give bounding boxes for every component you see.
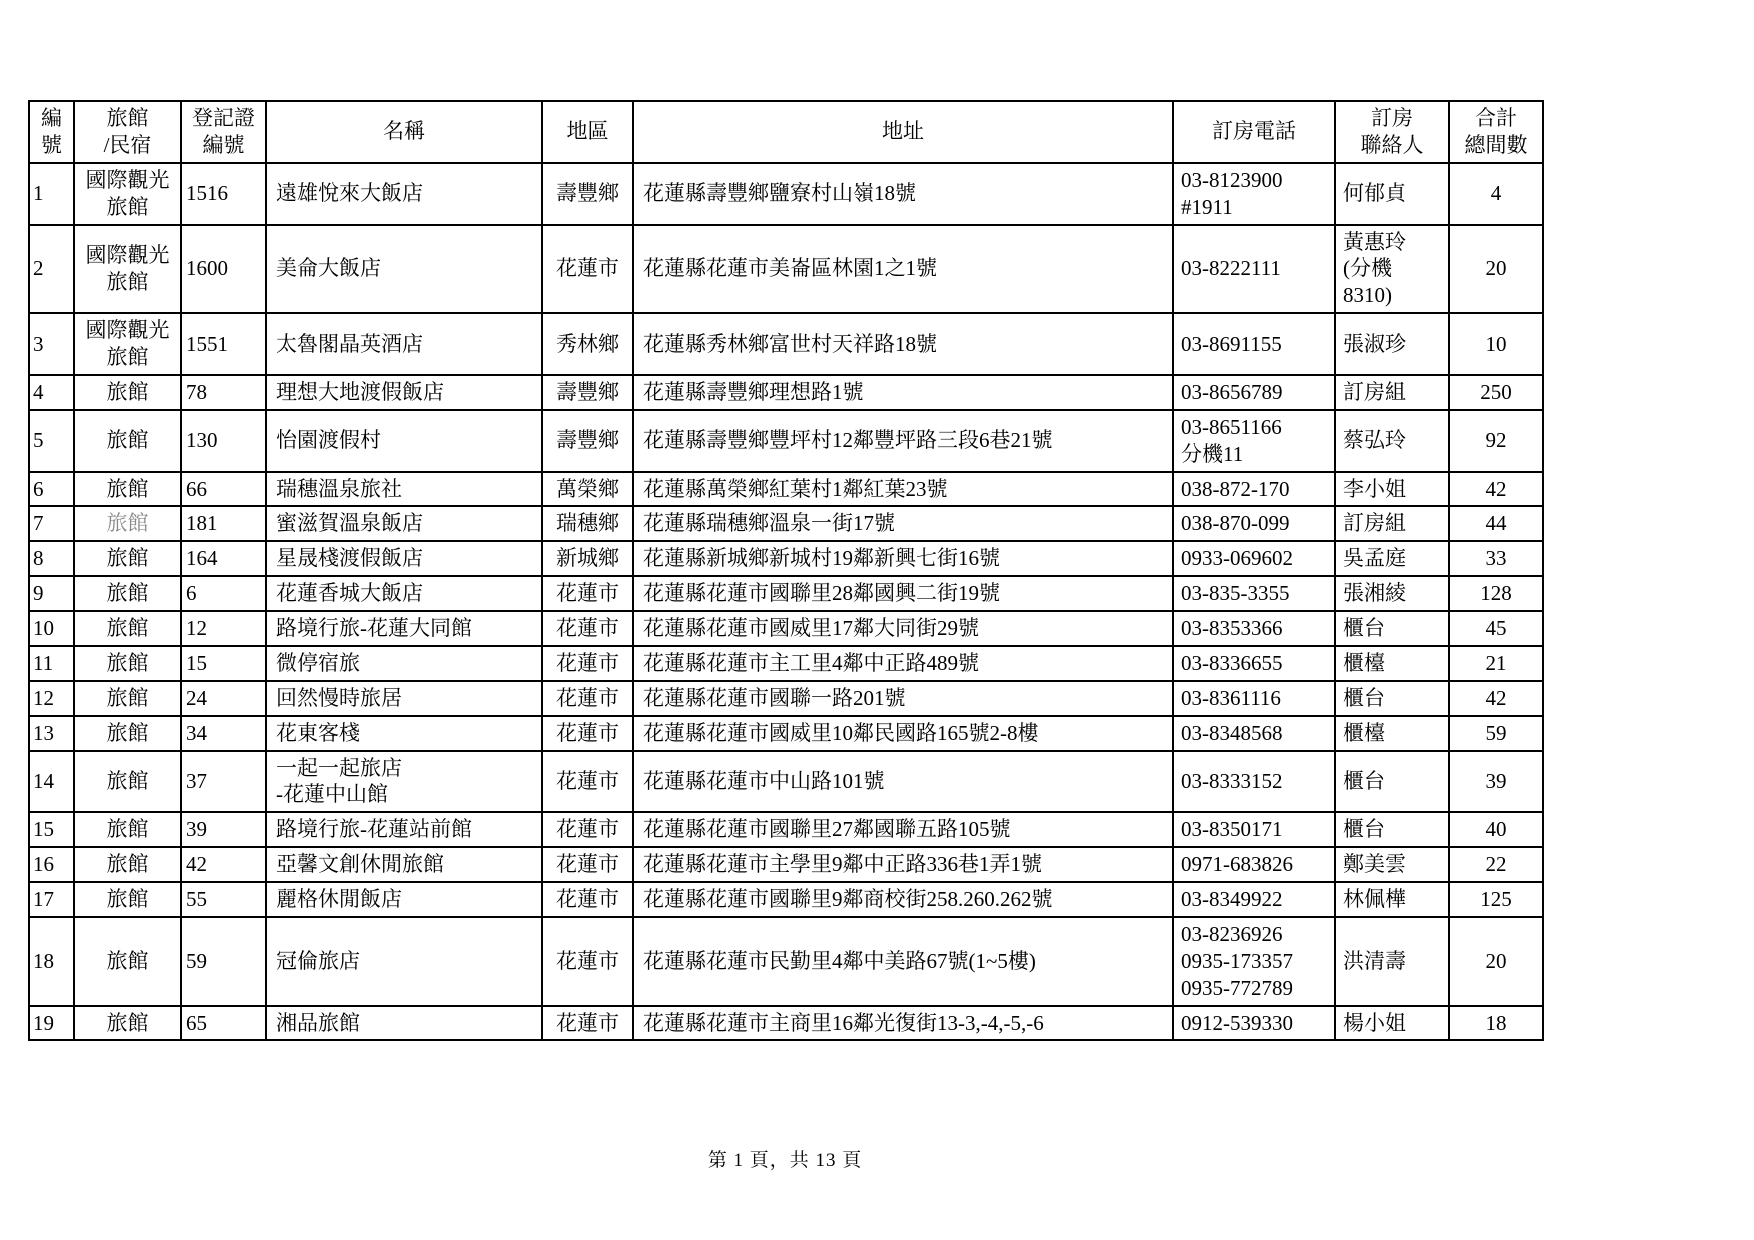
cell-contact: 訂房組	[1335, 506, 1449, 541]
cell-contact: 櫃檯	[1335, 716, 1449, 751]
cell-phone: 03-8656789	[1173, 375, 1335, 410]
cell-name: 微停宿旅	[266, 646, 542, 681]
table-row: 7旅館181蜜滋賀溫泉飯店瑞穗鄉花蓮縣瑞穗鄉溫泉一街17號038-870-099…	[29, 506, 1543, 541]
cell-type: 旅館	[74, 611, 181, 646]
table-row: 11旅館15微停宿旅花蓮市花蓮縣花蓮市主工里4鄰中正路489號03-833665…	[29, 646, 1543, 681]
table-row: 1國際觀光 旅館1516遠雄悅來大飯店壽豐鄉花蓮縣壽豐鄉鹽寮村山嶺18號03-8…	[29, 163, 1543, 225]
column-header-phone: 訂房電話	[1173, 101, 1335, 163]
cell-phone: 03-8222111	[1173, 225, 1335, 314]
cell-contact: 訂房組	[1335, 375, 1449, 410]
cell-type: 旅館	[74, 472, 181, 507]
cell-type: 旅館	[74, 541, 181, 576]
cell-rooms: 128	[1449, 576, 1543, 611]
cell-reg_no: 1551	[181, 313, 266, 375]
cell-no: 18	[29, 917, 74, 1006]
cell-district: 花蓮市	[542, 225, 633, 314]
cell-rooms: 42	[1449, 681, 1543, 716]
column-header-rooms: 合計 總間數	[1449, 101, 1543, 163]
cell-address: 花蓮縣秀林鄉富世村天祥路18號	[633, 313, 1173, 375]
cell-contact: 林佩樺	[1335, 882, 1449, 917]
hotel-table: 編號旅館 /民宿登記證 編號名稱地區地址訂房電話訂房 聯絡人合計 總間數 1國際…	[28, 100, 1544, 1041]
cell-address: 花蓮縣花蓮市美崙區林園1之1號	[633, 225, 1173, 314]
cell-reg_no: 130	[181, 410, 266, 472]
cell-district: 瑞穗鄉	[542, 506, 633, 541]
cell-rooms: 42	[1449, 472, 1543, 507]
column-header-address: 地址	[633, 101, 1173, 163]
cell-district: 花蓮市	[542, 646, 633, 681]
cell-rooms: 45	[1449, 611, 1543, 646]
cell-phone: 038-870-099	[1173, 506, 1335, 541]
cell-phone: 0912-539330	[1173, 1006, 1335, 1041]
column-header-district: 地區	[542, 101, 633, 163]
cell-contact: 洪清壽	[1335, 917, 1449, 1006]
cell-name: 花東客棧	[266, 716, 542, 751]
cell-phone: 0933-069602	[1173, 541, 1335, 576]
cell-phone: 03-8336655	[1173, 646, 1335, 681]
cell-contact: 櫃台	[1335, 812, 1449, 847]
cell-name: 麗格休閒飯店	[266, 882, 542, 917]
cell-district: 花蓮市	[542, 751, 633, 813]
cell-reg_no: 15	[181, 646, 266, 681]
cell-type: 旅館	[74, 882, 181, 917]
cell-address: 花蓮縣萬榮鄉紅葉村1鄰紅葉23號	[633, 472, 1173, 507]
cell-type: 旅館	[74, 917, 181, 1006]
cell-address: 花蓮縣瑞穗鄉溫泉一街17號	[633, 506, 1173, 541]
cell-rooms: 40	[1449, 812, 1543, 847]
cell-type: 旅館	[74, 410, 181, 472]
table-row: 3國際觀光 旅館1551太魯閣晶英酒店秀林鄉花蓮縣秀林鄉富世村天祥路18號03-…	[29, 313, 1543, 375]
column-header-no: 編號	[29, 101, 74, 163]
cell-address: 花蓮縣花蓮市國威里17鄰大同街29號	[633, 611, 1173, 646]
cell-reg_no: 1516	[181, 163, 266, 225]
cell-rooms: 59	[1449, 716, 1543, 751]
cell-contact: 黃惠玲 (分機 8310)	[1335, 225, 1449, 314]
cell-contact: 張淑珍	[1335, 313, 1449, 375]
cell-no: 3	[29, 313, 74, 375]
cell-phone: 03-8353366	[1173, 611, 1335, 646]
cell-address: 花蓮縣花蓮市國聯里9鄰商校街258.260.262號	[633, 882, 1173, 917]
cell-address: 花蓮縣壽豐鄉豐坪村12鄰豐坪路三段6巷21號	[633, 410, 1173, 472]
cell-phone: 03-8349922	[1173, 882, 1335, 917]
cell-reg_no: 1600	[181, 225, 266, 314]
cell-no: 16	[29, 847, 74, 882]
cell-district: 花蓮市	[542, 917, 633, 1006]
cell-rooms: 21	[1449, 646, 1543, 681]
cell-reg_no: 65	[181, 1006, 266, 1041]
cell-name: 一起一起旅店 -花蓮中山館	[266, 751, 542, 813]
cell-district: 秀林鄉	[542, 313, 633, 375]
cell-type: 旅館	[74, 812, 181, 847]
cell-phone: 03-8348568	[1173, 716, 1335, 751]
column-header-type: 旅館 /民宿	[74, 101, 181, 163]
cell-phone: 0971-683826	[1173, 847, 1335, 882]
cell-type: 旅館	[74, 681, 181, 716]
cell-address: 花蓮縣花蓮市中山路101號	[633, 751, 1173, 813]
cell-name: 怡園渡假村	[266, 410, 542, 472]
cell-reg_no: 24	[181, 681, 266, 716]
cell-no: 8	[29, 541, 74, 576]
cell-reg_no: 34	[181, 716, 266, 751]
cell-rooms: 10	[1449, 313, 1543, 375]
cell-no: 4	[29, 375, 74, 410]
cell-contact: 李小姐	[1335, 472, 1449, 507]
cell-reg_no: 37	[181, 751, 266, 813]
cell-address: 花蓮縣花蓮市主學里9鄰中正路336巷1弄1號	[633, 847, 1173, 882]
table-row: 8旅館164星晟棧渡假飯店新城鄉花蓮縣新城鄉新城村19鄰新興七街16號0933-…	[29, 541, 1543, 576]
cell-address: 花蓮縣花蓮市國聯里27鄰國聯五路105號	[633, 812, 1173, 847]
table-row: 17旅館55麗格休閒飯店花蓮市花蓮縣花蓮市國聯里9鄰商校街258.260.262…	[29, 882, 1543, 917]
cell-district: 壽豐鄉	[542, 410, 633, 472]
cell-no: 19	[29, 1006, 74, 1041]
cell-no: 17	[29, 882, 74, 917]
cell-address: 花蓮縣壽豐鄉理想路1號	[633, 375, 1173, 410]
cell-phone: 03-8361116	[1173, 681, 1335, 716]
cell-contact: 櫃台	[1335, 751, 1449, 813]
header-row: 編號旅館 /民宿登記證 編號名稱地區地址訂房電話訂房 聯絡人合計 總間數	[29, 101, 1543, 163]
cell-rooms: 250	[1449, 375, 1543, 410]
table-row: 6旅館66瑞穗溫泉旅社萬榮鄉花蓮縣萬榮鄉紅葉村1鄰紅葉23號038-872-17…	[29, 472, 1543, 507]
cell-address: 花蓮縣花蓮市國威里10鄰民國路165號2-8樓	[633, 716, 1173, 751]
cell-contact: 櫃台	[1335, 611, 1449, 646]
cell-name: 冠倫旅店	[266, 917, 542, 1006]
cell-no: 9	[29, 576, 74, 611]
cell-contact: 蔡弘玲	[1335, 410, 1449, 472]
cell-reg_no: 6	[181, 576, 266, 611]
cell-phone: 03-8350171	[1173, 812, 1335, 847]
cell-district: 花蓮市	[542, 681, 633, 716]
cell-district: 花蓮市	[542, 882, 633, 917]
cell-no: 15	[29, 812, 74, 847]
table-row: 18旅館59冠倫旅店花蓮市花蓮縣花蓮市民勤里4鄰中美路67號(1~5樓)03-8…	[29, 917, 1543, 1006]
cell-rooms: 44	[1449, 506, 1543, 541]
cell-no: 14	[29, 751, 74, 813]
cell-rooms: 22	[1449, 847, 1543, 882]
document-page: 編號旅館 /民宿登記證 編號名稱地區地址訂房電話訂房 聯絡人合計 總間數 1國際…	[0, 0, 1754, 1240]
cell-reg_no: 78	[181, 375, 266, 410]
cell-phone: 03-8333152	[1173, 751, 1335, 813]
cell-rooms: 18	[1449, 1006, 1543, 1041]
cell-district: 花蓮市	[542, 716, 633, 751]
column-header-name: 名稱	[266, 101, 542, 163]
cell-no: 11	[29, 646, 74, 681]
cell-reg_no: 42	[181, 847, 266, 882]
cell-type: 旅館	[74, 751, 181, 813]
cell-name: 路境行旅-花蓮站前館	[266, 812, 542, 847]
cell-type: 旅館	[74, 1006, 181, 1041]
table-row: 14旅館37一起一起旅店 -花蓮中山館花蓮市花蓮縣花蓮市中山路101號03-83…	[29, 751, 1543, 813]
cell-name: 太魯閣晶英酒店	[266, 313, 542, 375]
cell-no: 1	[29, 163, 74, 225]
cell-address: 花蓮縣花蓮市國聯一路201號	[633, 681, 1173, 716]
cell-reg_no: 66	[181, 472, 266, 507]
cell-district: 花蓮市	[542, 576, 633, 611]
cell-district: 壽豐鄉	[542, 375, 633, 410]
cell-name: 花蓮香城大飯店	[266, 576, 542, 611]
cell-phone: 03-835-3355	[1173, 576, 1335, 611]
cell-name: 湘品旅館	[266, 1006, 542, 1041]
cell-no: 10	[29, 611, 74, 646]
cell-address: 花蓮縣花蓮市主工里4鄰中正路489號	[633, 646, 1173, 681]
cell-type: 旅館	[74, 847, 181, 882]
table-row: 15旅館39路境行旅-花蓮站前館花蓮市花蓮縣花蓮市國聯里27鄰國聯五路105號0…	[29, 812, 1543, 847]
table-row: 9旅館6花蓮香城大飯店花蓮市花蓮縣花蓮市國聯里28鄰國興二街19號03-835-…	[29, 576, 1543, 611]
cell-contact: 吳孟庭	[1335, 541, 1449, 576]
cell-reg_no: 39	[181, 812, 266, 847]
cell-contact: 櫃檯	[1335, 646, 1449, 681]
cell-rooms: 33	[1449, 541, 1543, 576]
cell-type: 國際觀光 旅館	[74, 225, 181, 314]
cell-no: 12	[29, 681, 74, 716]
cell-address: 花蓮縣花蓮市民勤里4鄰中美路67號(1~5樓)	[633, 917, 1173, 1006]
table-row: 2國際觀光 旅館1600美侖大飯店花蓮市花蓮縣花蓮市美崙區林園1之1號03-82…	[29, 225, 1543, 314]
cell-type: 國際觀光 旅館	[74, 163, 181, 225]
cell-address: 花蓮縣花蓮市國聯里28鄰國興二街19號	[633, 576, 1173, 611]
cell-reg_no: 164	[181, 541, 266, 576]
cell-address: 花蓮縣花蓮市主商里16鄰光復街13-3,-4,-5,-6	[633, 1006, 1173, 1041]
cell-rooms: 125	[1449, 882, 1543, 917]
cell-type: 旅館	[74, 646, 181, 681]
cell-no: 2	[29, 225, 74, 314]
cell-rooms: 20	[1449, 917, 1543, 1006]
cell-reg_no: 12	[181, 611, 266, 646]
cell-rooms: 39	[1449, 751, 1543, 813]
table-body: 1國際觀光 旅館1516遠雄悅來大飯店壽豐鄉花蓮縣壽豐鄉鹽寮村山嶺18號03-8…	[29, 163, 1543, 1041]
cell-no: 6	[29, 472, 74, 507]
cell-name: 回然慢時旅居	[266, 681, 542, 716]
cell-type: 國際觀光 旅館	[74, 313, 181, 375]
cell-rooms: 4	[1449, 163, 1543, 225]
cell-district: 花蓮市	[542, 611, 633, 646]
cell-district: 花蓮市	[542, 812, 633, 847]
cell-name: 遠雄悅來大飯店	[266, 163, 542, 225]
table-row: 16旅館42亞馨文創休閒旅館花蓮市花蓮縣花蓮市主學里9鄰中正路336巷1弄1號0…	[29, 847, 1543, 882]
cell-reg_no: 59	[181, 917, 266, 1006]
cell-district: 花蓮市	[542, 1006, 633, 1041]
cell-contact: 張湘綾	[1335, 576, 1449, 611]
cell-phone: 03-8123900 #1911	[1173, 163, 1335, 225]
cell-reg_no: 55	[181, 882, 266, 917]
table-row: 19旅館65湘品旅館花蓮市花蓮縣花蓮市主商里16鄰光復街13-3,-4,-5,-…	[29, 1006, 1543, 1041]
cell-district: 新城鄉	[542, 541, 633, 576]
cell-type: 旅館	[74, 576, 181, 611]
cell-contact: 鄭美雲	[1335, 847, 1449, 882]
table-row: 5旅館130怡園渡假村壽豐鄉花蓮縣壽豐鄉豐坪村12鄰豐坪路三段6巷21號03-8…	[29, 410, 1543, 472]
cell-district: 壽豐鄉	[542, 163, 633, 225]
cell-contact: 何郁貞	[1335, 163, 1449, 225]
cell-contact: 櫃台	[1335, 681, 1449, 716]
cell-type: 旅館	[74, 506, 181, 541]
cell-rooms: 20	[1449, 225, 1543, 314]
cell-name: 理想大地渡假飯店	[266, 375, 542, 410]
cell-name: 蜜滋賀溫泉飯店	[266, 506, 542, 541]
cell-rooms: 92	[1449, 410, 1543, 472]
cell-type: 旅館	[74, 716, 181, 751]
cell-name: 星晟棧渡假飯店	[266, 541, 542, 576]
table-row: 4旅館78理想大地渡假飯店壽豐鄉花蓮縣壽豐鄉理想路1號03-8656789訂房組…	[29, 375, 1543, 410]
cell-contact: 楊小姐	[1335, 1006, 1449, 1041]
cell-name: 亞馨文創休閒旅館	[266, 847, 542, 882]
page-footer: 第 1 頁，共 13 頁	[28, 1145, 1542, 1172]
cell-address: 花蓮縣新城鄉新城村19鄰新興七街16號	[633, 541, 1173, 576]
cell-type: 旅館	[74, 375, 181, 410]
table-row: 10旅館12路境行旅-花蓮大同館花蓮市花蓮縣花蓮市國威里17鄰大同街29號03-…	[29, 611, 1543, 646]
cell-name: 路境行旅-花蓮大同館	[266, 611, 542, 646]
cell-address: 花蓮縣壽豐鄉鹽寮村山嶺18號	[633, 163, 1173, 225]
table-row: 13旅館34花東客棧花蓮市花蓮縣花蓮市國威里10鄰民國路165號2-8樓03-8…	[29, 716, 1543, 751]
column-header-contact: 訂房 聯絡人	[1335, 101, 1449, 163]
column-header-reg_no: 登記證 編號	[181, 101, 266, 163]
cell-reg_no: 181	[181, 506, 266, 541]
table-row: 12旅館24回然慢時旅居花蓮市花蓮縣花蓮市國聯一路201號03-8361116櫃…	[29, 681, 1543, 716]
cell-phone: 038-872-170	[1173, 472, 1335, 507]
cell-name: 瑞穗溫泉旅社	[266, 472, 542, 507]
cell-no: 7	[29, 506, 74, 541]
cell-no: 13	[29, 716, 74, 751]
cell-no: 5	[29, 410, 74, 472]
cell-phone: 03-8691155	[1173, 313, 1335, 375]
cell-district: 萬榮鄉	[542, 472, 633, 507]
cell-name: 美侖大飯店	[266, 225, 542, 314]
cell-phone: 03-8236926 0935-173357 0935-772789	[1173, 917, 1335, 1006]
cell-phone: 03-8651166 分機11	[1173, 410, 1335, 472]
cell-district: 花蓮市	[542, 847, 633, 882]
